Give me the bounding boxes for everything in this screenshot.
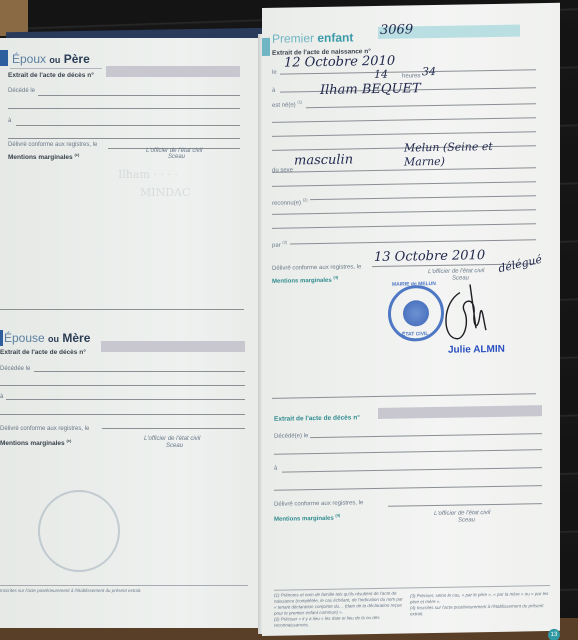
blank-line — [272, 131, 536, 137]
section-title-first-child: Premier enfant — [272, 30, 353, 45]
at-label: à — [274, 466, 277, 472]
officer-label: L'officier de l'état civil — [428, 268, 484, 275]
redacted-death-number — [378, 405, 542, 419]
delivered-line[interactable] — [102, 428, 245, 429]
page-number-badge: 13 — [548, 629, 560, 640]
recognized-label: reconnu(e) (2) — [272, 197, 308, 207]
deceased-on-line[interactable] — [34, 371, 245, 372]
footnote-divider — [274, 585, 550, 591]
bleed-through-text: Ilham · · · · — [118, 168, 178, 181]
at-label: à — [0, 394, 3, 400]
background-wood-corner — [0, 0, 28, 36]
delivered-label: Délivré conforme aux registres, le — [274, 500, 363, 508]
at-line[interactable] — [16, 125, 240, 126]
recognized-line — [310, 195, 536, 200]
footnote-3: (3) Préciser, selon le cas, « par le pèr… — [410, 591, 550, 617]
stamp-text-bottom: ÉTAT CIVIL — [402, 331, 428, 337]
section-accent-bar — [0, 330, 3, 346]
blank-line — [274, 449, 542, 455]
deceased-on-label: Décédée le — [0, 366, 30, 372]
officer-role-handwritten: délégué — [497, 253, 543, 276]
marginal-mentions-label: Mentions marginales (4) — [274, 513, 340, 523]
delivered-label: Délivré conforme aux registres, le — [8, 142, 97, 148]
signatory-name: Julie ALMIN — [448, 344, 505, 356]
seal-label: Sceau — [166, 443, 183, 449]
blank-line — [272, 209, 536, 215]
hours-label: heures — [402, 73, 420, 79]
blank-line — [272, 223, 536, 229]
section-divider — [272, 393, 536, 399]
blank-line — [0, 414, 245, 415]
at-label: à — [8, 118, 11, 124]
section-title-spouse-father: Époux ou Père — [12, 52, 90, 66]
section-accent-bar — [262, 38, 270, 56]
by-line — [290, 239, 536, 244]
by-label: par (3) — [272, 240, 287, 249]
bleed-through-text: MINDAC — [140, 186, 190, 199]
child-death-extract-label: Extrait de l'acte de décès n° — [274, 414, 360, 422]
seal-label: Sceau — [452, 275, 469, 281]
at-line[interactable] — [282, 467, 542, 473]
date-label: le — [272, 70, 277, 76]
footnote: Inscrites sur l'acte postérieurement à l… — [0, 588, 142, 594]
blank-line — [272, 181, 536, 187]
birth-hour-value: 14 — [374, 68, 388, 81]
child-name: Ilham BEQUET — [320, 81, 421, 98]
blank-line — [8, 138, 240, 139]
marginal-mentions-label: Mentions marginales (c) — [0, 438, 71, 447]
footnote-1: (1) Prénoms et nom de famille tels qu'il… — [274, 591, 404, 629]
section-title-spouse-mother: Épouse ou Mère — [4, 331, 90, 345]
deceased-on-label: Décédé le — [8, 88, 35, 94]
footnote-divider — [0, 585, 248, 586]
name-line — [306, 103, 536, 108]
marginal-mentions-label: Mentions marginales (c) — [8, 152, 79, 161]
bleed-through-stamp — [38, 490, 120, 572]
left-page: Époux ou Père Extrait de l'acte de décès… — [0, 38, 262, 628]
deceased-on-label: Décédé(e) le — [274, 433, 308, 440]
signature-icon — [440, 284, 490, 347]
blank-line — [272, 117, 536, 123]
title-underline — [10, 68, 102, 69]
seal-label: Sceau — [458, 517, 475, 523]
seal-label: Sceau — [168, 154, 185, 160]
sex-value: masculin — [294, 152, 353, 168]
marginal-mentions-label: Mentions marginales (4) — [272, 275, 338, 285]
redacted-death-number — [106, 66, 240, 77]
birth-extract-number: 3069 — [380, 22, 413, 38]
birth-minute-value: 34 — [422, 65, 436, 78]
delivered-date-value: 13 Octobre 2010 — [374, 248, 485, 265]
officer-label: L'officier de l'état civil — [144, 436, 200, 442]
section-divider — [0, 309, 244, 310]
birth-place-value: Melun (Seine et Marne) — [404, 139, 524, 169]
death-extract-label: Extrait de l'acte de décès n° — [8, 72, 94, 79]
stamp-emblem-icon — [403, 300, 429, 326]
deceased-on-line[interactable] — [38, 95, 240, 96]
death-extract-label: Extrait de l'acte de décès n° — [0, 349, 86, 356]
redacted-death-number — [101, 341, 245, 352]
deceased-on-line[interactable] — [310, 433, 542, 438]
delivered-label: Délivré conforme aux registres, le — [0, 426, 89, 432]
blank-line — [274, 485, 542, 491]
officer-label: L'officier de l'état civil — [434, 510, 490, 517]
place-label: à — [272, 88, 275, 94]
blank-line — [8, 108, 240, 109]
blank-line — [0, 385, 245, 386]
at-line[interactable] — [6, 399, 245, 400]
stamp-text-top: MAIRIE de MELUN — [392, 281, 436, 288]
delivered-line[interactable] — [388, 503, 542, 507]
delivered-label: Délivré conforme aux registres, le — [272, 264, 361, 272]
section-accent-bar — [0, 50, 8, 66]
born-label: est né(e) (1) — [272, 99, 302, 109]
right-page: Premier enfant Extrait de l'acte de nais… — [262, 3, 560, 636]
